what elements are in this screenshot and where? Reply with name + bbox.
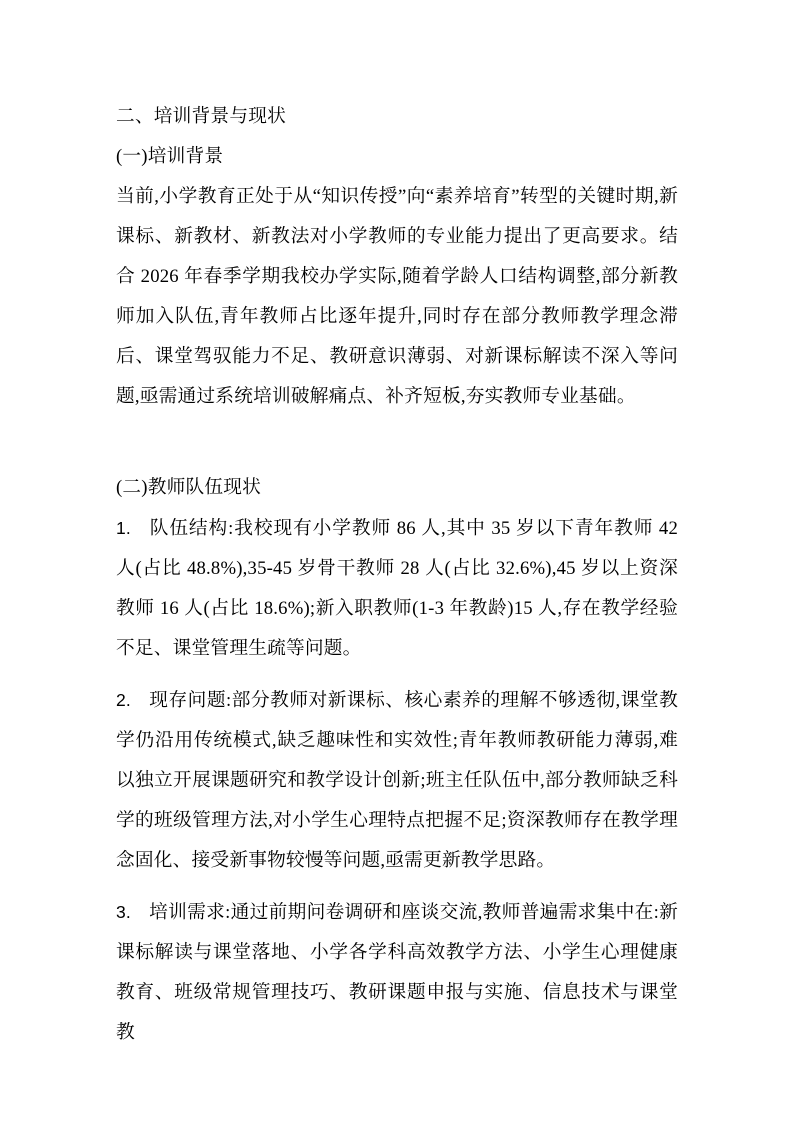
list-item: 3.培训需求:通过前期问卷调研和座谈交流,教师普遍需求集中在:新课标解读与课堂落…	[116, 892, 678, 1053]
section-1-paragraph: 当前,小学教育正处于从“知识传授”向“素养培育”转型的关键时期,新课标、新教材、…	[116, 177, 678, 417]
document-page: 二、培训背景与现状 (一)培训背景 当前,小学教育正处于从“知识传授”向“素养培…	[0, 0, 793, 1122]
list-item-number: 2.	[116, 680, 149, 720]
list-item-text: 现存问题:部分教师对新课标、核心素养的理解不够透彻,课堂教学仍沿用传统模式,缺乏…	[116, 690, 678, 871]
section-1-heading: (一)培训背景	[116, 137, 678, 177]
list-item: 2.现存问题:部分教师对新课标、核心素养的理解不够透彻,课堂教学仍沿用传统模式,…	[116, 680, 678, 881]
list-item-text: 培训需求:通过前期问卷调研和座谈交流,教师普遍需求集中在:新课标解读与课堂落地、…	[116, 902, 678, 1043]
section-2-heading: (二)教师队伍现状	[116, 468, 678, 508]
list-item-number: 1.	[116, 508, 149, 548]
list-item-number: 3.	[116, 892, 149, 932]
doc-heading-level2: 二、培训背景与现状	[116, 97, 678, 137]
list-item: 1.队伍结构:我校现有小学教师 86 人,其中 35 岁以下青年教师 42 人(…	[116, 508, 678, 669]
list-item-text: 队伍结构:我校现有小学教师 86 人,其中 35 岁以下青年教师 42 人(占比…	[116, 518, 678, 659]
